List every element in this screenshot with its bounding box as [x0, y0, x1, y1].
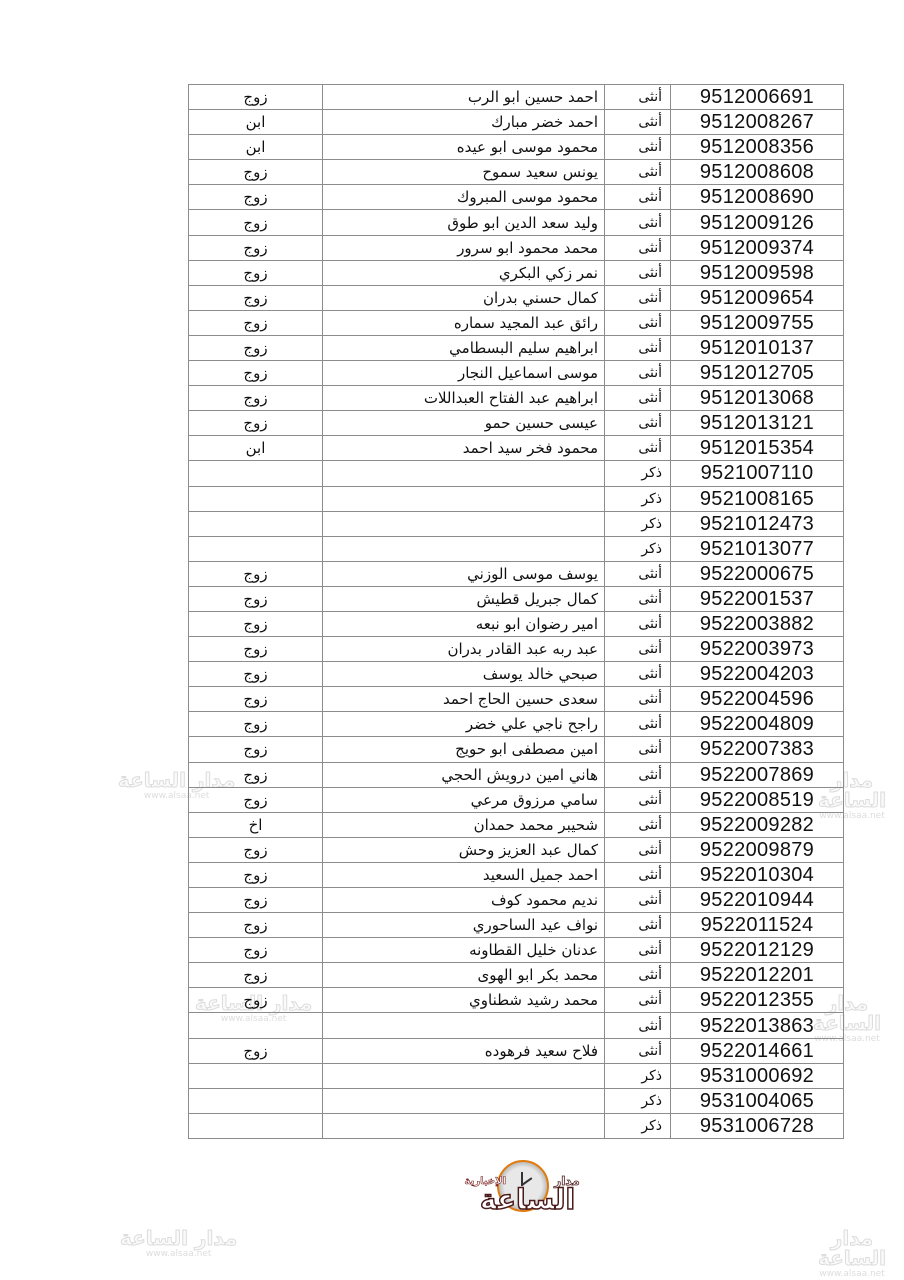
- table-row: زوجعيسى حسين حموأنثى9512013121: [189, 411, 844, 436]
- id-number-cell: 9521007110: [671, 461, 844, 486]
- gender-cell: أنثى: [605, 812, 671, 837]
- id-number-cell: 9522009879: [671, 837, 844, 862]
- table-row: زوجنمر زكي البكريأنثى9512009598: [189, 260, 844, 285]
- table-row: ذكر9521012473: [189, 511, 844, 536]
- name-cell: عبد ربه عبد القادر بدران: [323, 637, 605, 662]
- gender-cell: أنثى: [605, 411, 671, 436]
- table-row: زوجاحمد جميل السعيدأنثى9522010304: [189, 862, 844, 887]
- table-row: ذكر9521007110: [189, 461, 844, 486]
- table-row: ذكر9531004065: [189, 1088, 844, 1113]
- name-cell: سامي مرزوق مرعي: [323, 787, 605, 812]
- watermark: مدار الساعةwww.alsaa.net: [120, 1228, 237, 1259]
- id-number-cell: 9522011524: [671, 913, 844, 938]
- id-number-cell: 9522010944: [671, 888, 844, 913]
- relation-cell: زوج: [189, 988, 323, 1013]
- relation-cell: زوج: [189, 561, 323, 586]
- name-cell: نمر زكي البكري: [323, 260, 605, 285]
- table-row: اخشحيبر محمد حمدانأنثى9522009282: [189, 812, 844, 837]
- relation-cell: زوج: [189, 260, 323, 285]
- relation-cell: زوج: [189, 185, 323, 210]
- table-row: زوجموسى اسماعيل النجارأنثى9512012705: [189, 361, 844, 386]
- name-cell: [323, 1088, 605, 1113]
- watermark-url: www.alsaa.net: [800, 1270, 904, 1279]
- table-row: زوجنواف عيد الساحوريأنثى9522011524: [189, 913, 844, 938]
- name-cell: رائق عبد المجيد سماره: [323, 310, 605, 335]
- id-number-cell: 9521013077: [671, 536, 844, 561]
- gender-cell: ذكر: [605, 486, 671, 511]
- gender-cell: أنثى: [605, 361, 671, 386]
- relation-cell: زوج: [189, 235, 323, 260]
- relation-cell: زوج: [189, 611, 323, 636]
- table-row: زوجنديم محمود كوفأنثى9522010944: [189, 888, 844, 913]
- id-number-cell: 9522003882: [671, 611, 844, 636]
- id-number-cell: 9512009126: [671, 210, 844, 235]
- table-row: زوجعدنان خليل القطاونهأنثى9522012129: [189, 938, 844, 963]
- name-cell: كمال عبد العزيز وحش: [323, 837, 605, 862]
- name-cell: محمد محمود ابو سرور: [323, 235, 605, 260]
- relation-cell: [189, 536, 323, 561]
- table-row: زوجسامي مرزوق مرعيأنثى9522008519: [189, 787, 844, 812]
- gender-cell: أنثى: [605, 737, 671, 762]
- id-number-cell: 9521012473: [671, 511, 844, 536]
- table-row: زوجمحمد بكر ابو الهوىأنثى9522012201: [189, 963, 844, 988]
- table-row: زوجمحمد رشيد شطناويأنثى9522012355: [189, 988, 844, 1013]
- id-number-cell: 9512013121: [671, 411, 844, 436]
- id-number-cell: 9522012129: [671, 938, 844, 963]
- name-cell: محمود موسى المبروك: [323, 185, 605, 210]
- gender-cell: ذكر: [605, 1063, 671, 1088]
- id-number-cell: 9512008356: [671, 135, 844, 160]
- name-cell: شحيبر محمد حمدان: [323, 812, 605, 837]
- table-row: زوجاحمد حسين ابو الربأنثى9512006691: [189, 85, 844, 110]
- table-row: زوجكمال عبد العزيز وحشأنثى9522009879: [189, 837, 844, 862]
- logo-title: الساعة: [470, 1186, 585, 1214]
- name-cell: [323, 486, 605, 511]
- relation-cell: [189, 511, 323, 536]
- id-number-cell: 9512015354: [671, 436, 844, 461]
- relation-cell: [189, 461, 323, 486]
- id-number-cell: 9512009598: [671, 260, 844, 285]
- name-cell: محمد بكر ابو الهوى: [323, 963, 605, 988]
- name-cell: ابراهيم عبد الفتاح العبداللات: [323, 386, 605, 411]
- gender-cell: أنثى: [605, 335, 671, 360]
- relation-cell: زوج: [189, 737, 323, 762]
- gender-cell: ذكر: [605, 511, 671, 536]
- relation-cell: زوج: [189, 762, 323, 787]
- gender-cell: أنثى: [605, 436, 671, 461]
- id-number-cell: 9522012355: [671, 988, 844, 1013]
- relation-cell: زوج: [189, 662, 323, 687]
- gender-cell: أنثى: [605, 561, 671, 586]
- table-row: زوجكمال حسني بدرانأنثى9512009654: [189, 285, 844, 310]
- relation-cell: زوج: [189, 687, 323, 712]
- relation-cell: [189, 1013, 323, 1038]
- name-cell: سعدى حسين الحاج احمد: [323, 687, 605, 712]
- table-row: زوجابراهيم عبد الفتاح العبداللاتأنثى9512…: [189, 386, 844, 411]
- id-number-cell: 9522004809: [671, 712, 844, 737]
- gender-cell: أنثى: [605, 888, 671, 913]
- gender-cell: أنثى: [605, 160, 671, 185]
- name-cell: كمال جبريل قطيش: [323, 586, 605, 611]
- name-cell: عدنان خليل القطاونه: [323, 938, 605, 963]
- gender-cell: أنثى: [605, 185, 671, 210]
- id-number-cell: 9512012705: [671, 361, 844, 386]
- gender-cell: أنثى: [605, 963, 671, 988]
- relation-cell: زوج: [189, 637, 323, 662]
- site-logo: الإخبارية مدار الساعة: [470, 1160, 585, 1220]
- relation-cell: زوج: [189, 310, 323, 335]
- gender-cell: أنثى: [605, 762, 671, 787]
- gender-cell: أنثى: [605, 913, 671, 938]
- watermark-title: مدار الساعة: [800, 1228, 904, 1268]
- table-row: ذكر9521008165: [189, 486, 844, 511]
- name-cell: امير رضوان ابو نبعه: [323, 611, 605, 636]
- watermark-title: مدار الساعة: [120, 1228, 237, 1248]
- id-number-cell: 9522009282: [671, 812, 844, 837]
- id-number-cell: 9522000675: [671, 561, 844, 586]
- relation-cell: زوج: [189, 285, 323, 310]
- table-row: زوجيونس سعيد سموحأنثى9512008608: [189, 160, 844, 185]
- relation-cell: زوج: [189, 160, 323, 185]
- relation-cell: زوج: [189, 210, 323, 235]
- table-row: ابناحمد خضر مباركأنثى9512008267: [189, 110, 844, 135]
- table-row: زوجامين مصطفى ابو حويجأنثى9522007383: [189, 737, 844, 762]
- name-cell: محمود موسى ابو عيده: [323, 135, 605, 160]
- id-number-cell: 9512013068: [671, 386, 844, 411]
- gender-cell: أنثى: [605, 235, 671, 260]
- relation-cell: [189, 1113, 323, 1138]
- relation-cell: زوج: [189, 787, 323, 812]
- relation-cell: ابن: [189, 436, 323, 461]
- records-table-body: زوجاحمد حسين ابو الربأنثى9512006691ابناح…: [189, 85, 844, 1139]
- relation-cell: ابن: [189, 135, 323, 160]
- relation-cell: زوج: [189, 888, 323, 913]
- gender-cell: أنثى: [605, 260, 671, 285]
- name-cell: [323, 1063, 605, 1088]
- relation-cell: زوج: [189, 386, 323, 411]
- relation-cell: [189, 1088, 323, 1113]
- table-row: زوجعبد ربه عبد القادر بدرانأنثى952200397…: [189, 637, 844, 662]
- name-cell: نواف عيد الساحوري: [323, 913, 605, 938]
- id-number-cell: 9512009755: [671, 310, 844, 335]
- name-cell: محمد رشيد شطناوي: [323, 988, 605, 1013]
- gender-cell: أنثى: [605, 712, 671, 737]
- relation-cell: اخ: [189, 812, 323, 837]
- records-table: زوجاحمد حسين ابو الربأنثى9512006691ابناح…: [188, 84, 844, 1139]
- table-row: ابنمحمود فخر سيد احمدأنثى9512015354: [189, 436, 844, 461]
- id-number-cell: 9512006691: [671, 85, 844, 110]
- id-number-cell: 9512008608: [671, 160, 844, 185]
- id-number-cell: 9531004065: [671, 1088, 844, 1113]
- table-row: أنثى9522013863: [189, 1013, 844, 1038]
- name-cell: امين مصطفى ابو حويج: [323, 737, 605, 762]
- gender-cell: ذكر: [605, 1088, 671, 1113]
- gender-cell: أنثى: [605, 1038, 671, 1063]
- gender-cell: أنثى: [605, 586, 671, 611]
- id-number-cell: 9512009374: [671, 235, 844, 260]
- relation-cell: زوج: [189, 963, 323, 988]
- table-row: ذكر9531000692: [189, 1063, 844, 1088]
- gender-cell: أنثى: [605, 386, 671, 411]
- name-cell: راجح ناجي علي خضر: [323, 712, 605, 737]
- gender-cell: أنثى: [605, 135, 671, 160]
- relation-cell: زوج: [189, 862, 323, 887]
- relation-cell: زوج: [189, 913, 323, 938]
- id-number-cell: 9522004596: [671, 687, 844, 712]
- gender-cell: ذكر: [605, 461, 671, 486]
- id-number-cell: 9522007869: [671, 762, 844, 787]
- gender-cell: أنثى: [605, 687, 671, 712]
- gender-cell: أنثى: [605, 210, 671, 235]
- table-row: ابنمحمود موسى ابو عيدهأنثى9512008356: [189, 135, 844, 160]
- id-number-cell: 9522007383: [671, 737, 844, 762]
- table-row: زوجهاني امين درويش الحجيأنثى9522007869: [189, 762, 844, 787]
- id-number-cell: 9522014661: [671, 1038, 844, 1063]
- id-number-cell: 9512009654: [671, 285, 844, 310]
- id-number-cell: 9512008267: [671, 110, 844, 135]
- relation-cell: زوج: [189, 837, 323, 862]
- name-cell: يونس سعيد سموح: [323, 160, 605, 185]
- gender-cell: أنثى: [605, 310, 671, 335]
- name-cell: [323, 1113, 605, 1138]
- id-number-cell: 9522010304: [671, 862, 844, 887]
- table-row: زوجمحمود موسى المبروكأنثى9512008690: [189, 185, 844, 210]
- id-number-cell: 9521008165: [671, 486, 844, 511]
- name-cell: [323, 1013, 605, 1038]
- id-number-cell: 9522012201: [671, 963, 844, 988]
- table-row: زوجابراهيم سليم البسطاميأنثى9512010137: [189, 335, 844, 360]
- table-row: زوجرائق عبد المجيد سمارهأنثى9512009755: [189, 310, 844, 335]
- table-row: ذكر9521013077: [189, 536, 844, 561]
- relation-cell: زوج: [189, 938, 323, 963]
- relation-cell: زوج: [189, 586, 323, 611]
- relation-cell: [189, 1063, 323, 1088]
- relation-cell: زوج: [189, 335, 323, 360]
- gender-cell: أنثى: [605, 110, 671, 135]
- name-cell: احمد جميل السعيد: [323, 862, 605, 887]
- name-cell: احمد حسين ابو الرب: [323, 85, 605, 110]
- name-cell: هاني امين درويش الحجي: [323, 762, 605, 787]
- name-cell: موسى اسماعيل النجار: [323, 361, 605, 386]
- name-cell: يوسف موسى الوزني: [323, 561, 605, 586]
- name-cell: ابراهيم سليم البسطامي: [323, 335, 605, 360]
- relation-cell: زوج: [189, 361, 323, 386]
- table-row: زوجراجح ناجي علي خضرأنثى9522004809: [189, 712, 844, 737]
- gender-cell: أنثى: [605, 837, 671, 862]
- id-number-cell: 9522008519: [671, 787, 844, 812]
- name-cell: فلاح سعيد فرهوده: [323, 1038, 605, 1063]
- watermark-url: www.alsaa.net: [120, 1250, 237, 1259]
- table-row: زوجسعدى حسين الحاج احمدأنثى9522004596: [189, 687, 844, 712]
- id-number-cell: 9531000692: [671, 1063, 844, 1088]
- gender-cell: أنثى: [605, 938, 671, 963]
- relation-cell: [189, 486, 323, 511]
- gender-cell: أنثى: [605, 1013, 671, 1038]
- gender-cell: أنثى: [605, 862, 671, 887]
- table-row: زوجكمال جبريل قطيشأنثى9522001537: [189, 586, 844, 611]
- gender-cell: أنثى: [605, 787, 671, 812]
- name-cell: [323, 536, 605, 561]
- gender-cell: ذكر: [605, 1113, 671, 1138]
- table-row: زوجفلاح سعيد فرهودهأنثى9522014661: [189, 1038, 844, 1063]
- id-number-cell: 9522003973: [671, 637, 844, 662]
- relation-cell: زوج: [189, 712, 323, 737]
- name-cell: وليد سعد الدين ابو طوق: [323, 210, 605, 235]
- relation-cell: ابن: [189, 110, 323, 135]
- gender-cell: أنثى: [605, 637, 671, 662]
- name-cell: محمود فخر سيد احمد: [323, 436, 605, 461]
- name-cell: صبحي خالد يوسف: [323, 662, 605, 687]
- name-cell: كمال حسني بدران: [323, 285, 605, 310]
- watermark: مدار الساعةwww.alsaa.net: [800, 1228, 904, 1279]
- gender-cell: أنثى: [605, 285, 671, 310]
- name-cell: [323, 461, 605, 486]
- gender-cell: أنثى: [605, 988, 671, 1013]
- id-number-cell: 9522013863: [671, 1013, 844, 1038]
- table-row: زوجوليد سعد الدين ابو طوقأنثى9512009126: [189, 210, 844, 235]
- table-row: ذكر9531006728: [189, 1113, 844, 1138]
- name-cell: احمد خضر مبارك: [323, 110, 605, 135]
- relation-cell: زوج: [189, 1038, 323, 1063]
- relation-cell: زوج: [189, 411, 323, 436]
- name-cell: نديم محمود كوف: [323, 888, 605, 913]
- table-row: زوجصبحي خالد يوسفأنثى9522004203: [189, 662, 844, 687]
- name-cell: عيسى حسين حمو: [323, 411, 605, 436]
- id-number-cell: 9522004203: [671, 662, 844, 687]
- id-number-cell: 9512010137: [671, 335, 844, 360]
- id-number-cell: 9522001537: [671, 586, 844, 611]
- table-row: زوجمحمد محمود ابو سرورأنثى9512009374: [189, 235, 844, 260]
- name-cell: [323, 511, 605, 536]
- relation-cell: زوج: [189, 85, 323, 110]
- gender-cell: ذكر: [605, 536, 671, 561]
- gender-cell: أنثى: [605, 85, 671, 110]
- id-number-cell: 9531006728: [671, 1113, 844, 1138]
- table-row: زوجامير رضوان ابو نبعهأنثى9522003882: [189, 611, 844, 636]
- id-number-cell: 9512008690: [671, 185, 844, 210]
- gender-cell: أنثى: [605, 611, 671, 636]
- table-row: زوجيوسف موسى الوزنيأنثى9522000675: [189, 561, 844, 586]
- gender-cell: أنثى: [605, 662, 671, 687]
